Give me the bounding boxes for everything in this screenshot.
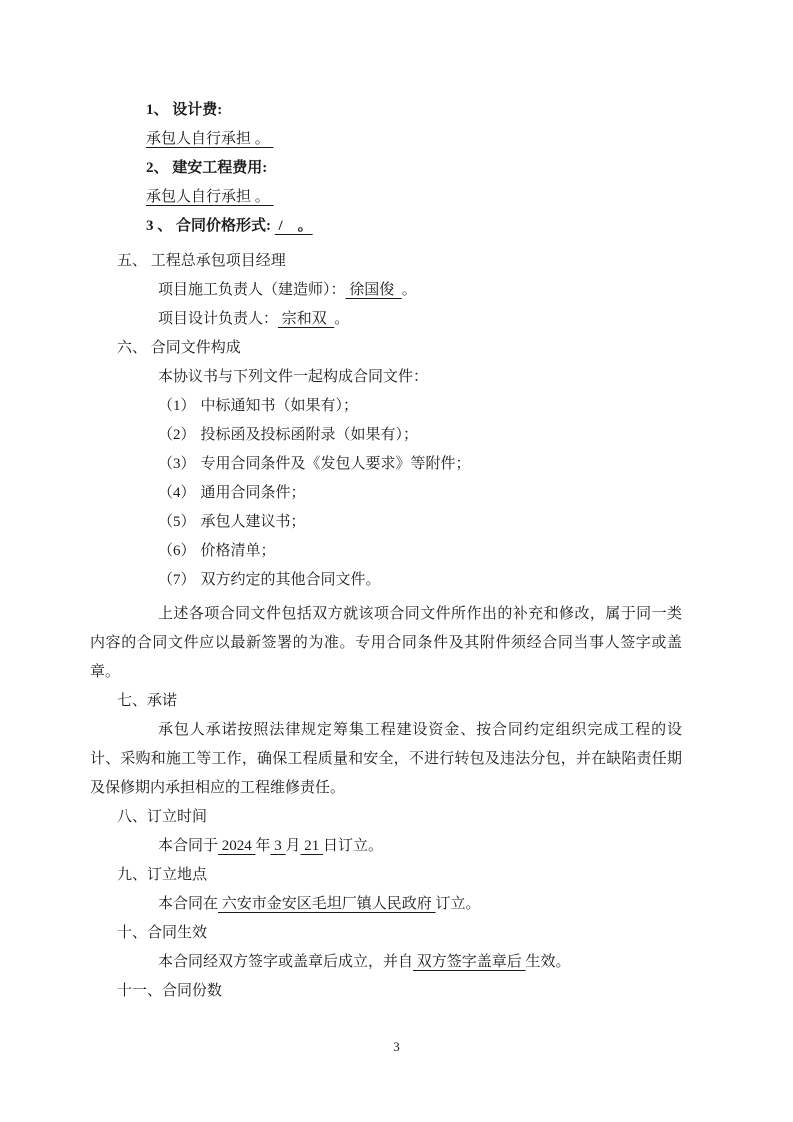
doc-item-text: 承包人建议书； <box>201 514 306 530</box>
sign-month-unit: 月 <box>286 838 301 854</box>
effective-line: 本合同经双方签字或盖章后成立，并自 双方签字盖章后 生效。 <box>90 948 682 977</box>
page-number: 3 <box>0 1037 793 1057</box>
sign-place-line: 本合同在 六安市金安区毛坦厂镇人民政府 订立。 <box>90 890 682 919</box>
design-manager-name: 宗和双 <box>278 311 334 327</box>
construction-manager-suffix: 。 <box>402 282 417 298</box>
fee-item-2-blank: 承包人自行承担 。 <box>146 189 274 205</box>
contract-doc-item: （1）中标通知书（如果有）； <box>90 392 682 421</box>
contract-doc-item: （6）价格清单； <box>90 537 682 566</box>
effective-prefix: 本合同经双方签字或盖章后成立，并自 <box>158 954 413 970</box>
doc-item-number: （4） <box>158 485 196 501</box>
effective-suffix: 生效。 <box>526 954 571 970</box>
doc-item-number: （7） <box>158 572 196 588</box>
commitment-paragraph: 承包人承诺按照法律规定筹集工程建设资金、按合同约定组织完成工程的设计、采购和施工… <box>90 716 682 803</box>
sign-place-suffix: 订立。 <box>436 896 481 912</box>
sign-date-prefix: 本合同于 <box>158 838 218 854</box>
section-10-heading: 十、合同生效 <box>90 919 682 948</box>
design-manager-label: 项目设计负责人： <box>158 311 278 327</box>
construction-manager-label: 项目施工负责人（建造师）： <box>158 282 346 298</box>
fee-item-3-label: 3 、 合同价格形式: <box>146 218 275 234</box>
fee-item-1-blank: 承包人自行承担 。 <box>146 131 274 147</box>
section-9-heading: 九、订立地点 <box>90 861 682 890</box>
design-manager-suffix: 。 <box>334 311 349 327</box>
doc-item-text: 双方约定的其他合同文件。 <box>201 572 381 588</box>
sign-year-blank: 2024 <box>218 838 256 854</box>
design-manager-line: 项目设计负责人： 宗和双 。 <box>90 305 682 334</box>
doc-item-number: （6） <box>158 543 196 559</box>
contract-doc-item: （5）承包人建议书； <box>90 508 682 537</box>
contract-page: 1、 设计费: 承包人自行承担 。 2、 建安工程费用: 承包人自行承担 。 3… <box>0 0 793 1122</box>
doc-item-text: 价格清单； <box>201 543 276 559</box>
section-5-heading: 五、 工程总承包项目经理 <box>90 247 682 276</box>
sign-year-unit: 年 <box>256 838 271 854</box>
sign-place-blank: 六安市金安区毛坦厂镇人民政府 <box>218 896 436 912</box>
construction-manager-name: 徐国俊 <box>346 282 402 298</box>
doc-item-number: （5） <box>158 514 196 530</box>
section-7-heading: 七、承诺 <box>90 687 682 716</box>
doc-item-text: 中标通知书（如果有）； <box>201 398 359 414</box>
section-6-heading: 六、 合同文件构成 <box>90 334 682 363</box>
fee-item-2-value: 承包人自行承担 。 <box>90 183 682 212</box>
contract-docs-intro: 本协议书与下列文件一起构成合同文件： <box>90 363 682 392</box>
contract-doc-item: （3）专用合同条件及《发包人要求》等附件； <box>90 450 682 479</box>
construction-manager-line: 项目施工负责人（建造师）： 徐国俊 。 <box>90 276 682 305</box>
fee-item-1-value: 承包人自行承担 。 <box>90 125 682 154</box>
sign-place-prefix: 本合同在 <box>158 896 218 912</box>
sign-month-blank: 3 <box>271 838 286 854</box>
sign-date-line: 本合同于 2024 年 3 月 21 日订立。 <box>90 832 682 861</box>
doc-item-number: （2） <box>158 427 196 443</box>
doc-item-number: （1） <box>158 398 196 414</box>
contract-doc-item: （2）投标函及投标函附录（如果有）； <box>90 421 682 450</box>
sign-date-suffix: 日订立。 <box>323 838 383 854</box>
section-11-heading: 十一、合同份数 <box>90 977 682 1006</box>
contract-doc-item: （7）双方约定的其他合同文件。 <box>90 566 682 595</box>
doc-item-number: （3） <box>158 456 196 472</box>
doc-item-text: 通用合同条件； <box>201 485 306 501</box>
effective-condition-blank: 双方签字盖章后 <box>413 954 526 970</box>
doc-item-text: 投标函及投标函附录（如果有）； <box>201 427 419 443</box>
contract-body: 1、 设计费: 承包人自行承担 。 2、 建安工程费用: 承包人自行承担 。 3… <box>90 96 682 1006</box>
section-8-heading: 八、订立时间 <box>90 803 682 832</box>
contract-docs-note: 上述各项合同文件包括双方就该项合同文件所作出的补充和修改，属于同一类内容的合同文… <box>90 600 682 687</box>
contract-doc-item: （4）通用合同条件； <box>90 479 682 508</box>
fee-item-1-label: 1、 设计费: <box>90 96 682 125</box>
sign-day-blank: 21 <box>301 838 324 854</box>
doc-item-text: 专用合同条件及《发包人要求》等附件； <box>201 456 471 472</box>
fee-item-2-label: 2、 建安工程费用: <box>90 154 682 183</box>
fee-item-3-line: 3 、 合同价格形式: / 。 <box>90 212 682 241</box>
price-form-blank: / 。 <box>275 218 313 234</box>
